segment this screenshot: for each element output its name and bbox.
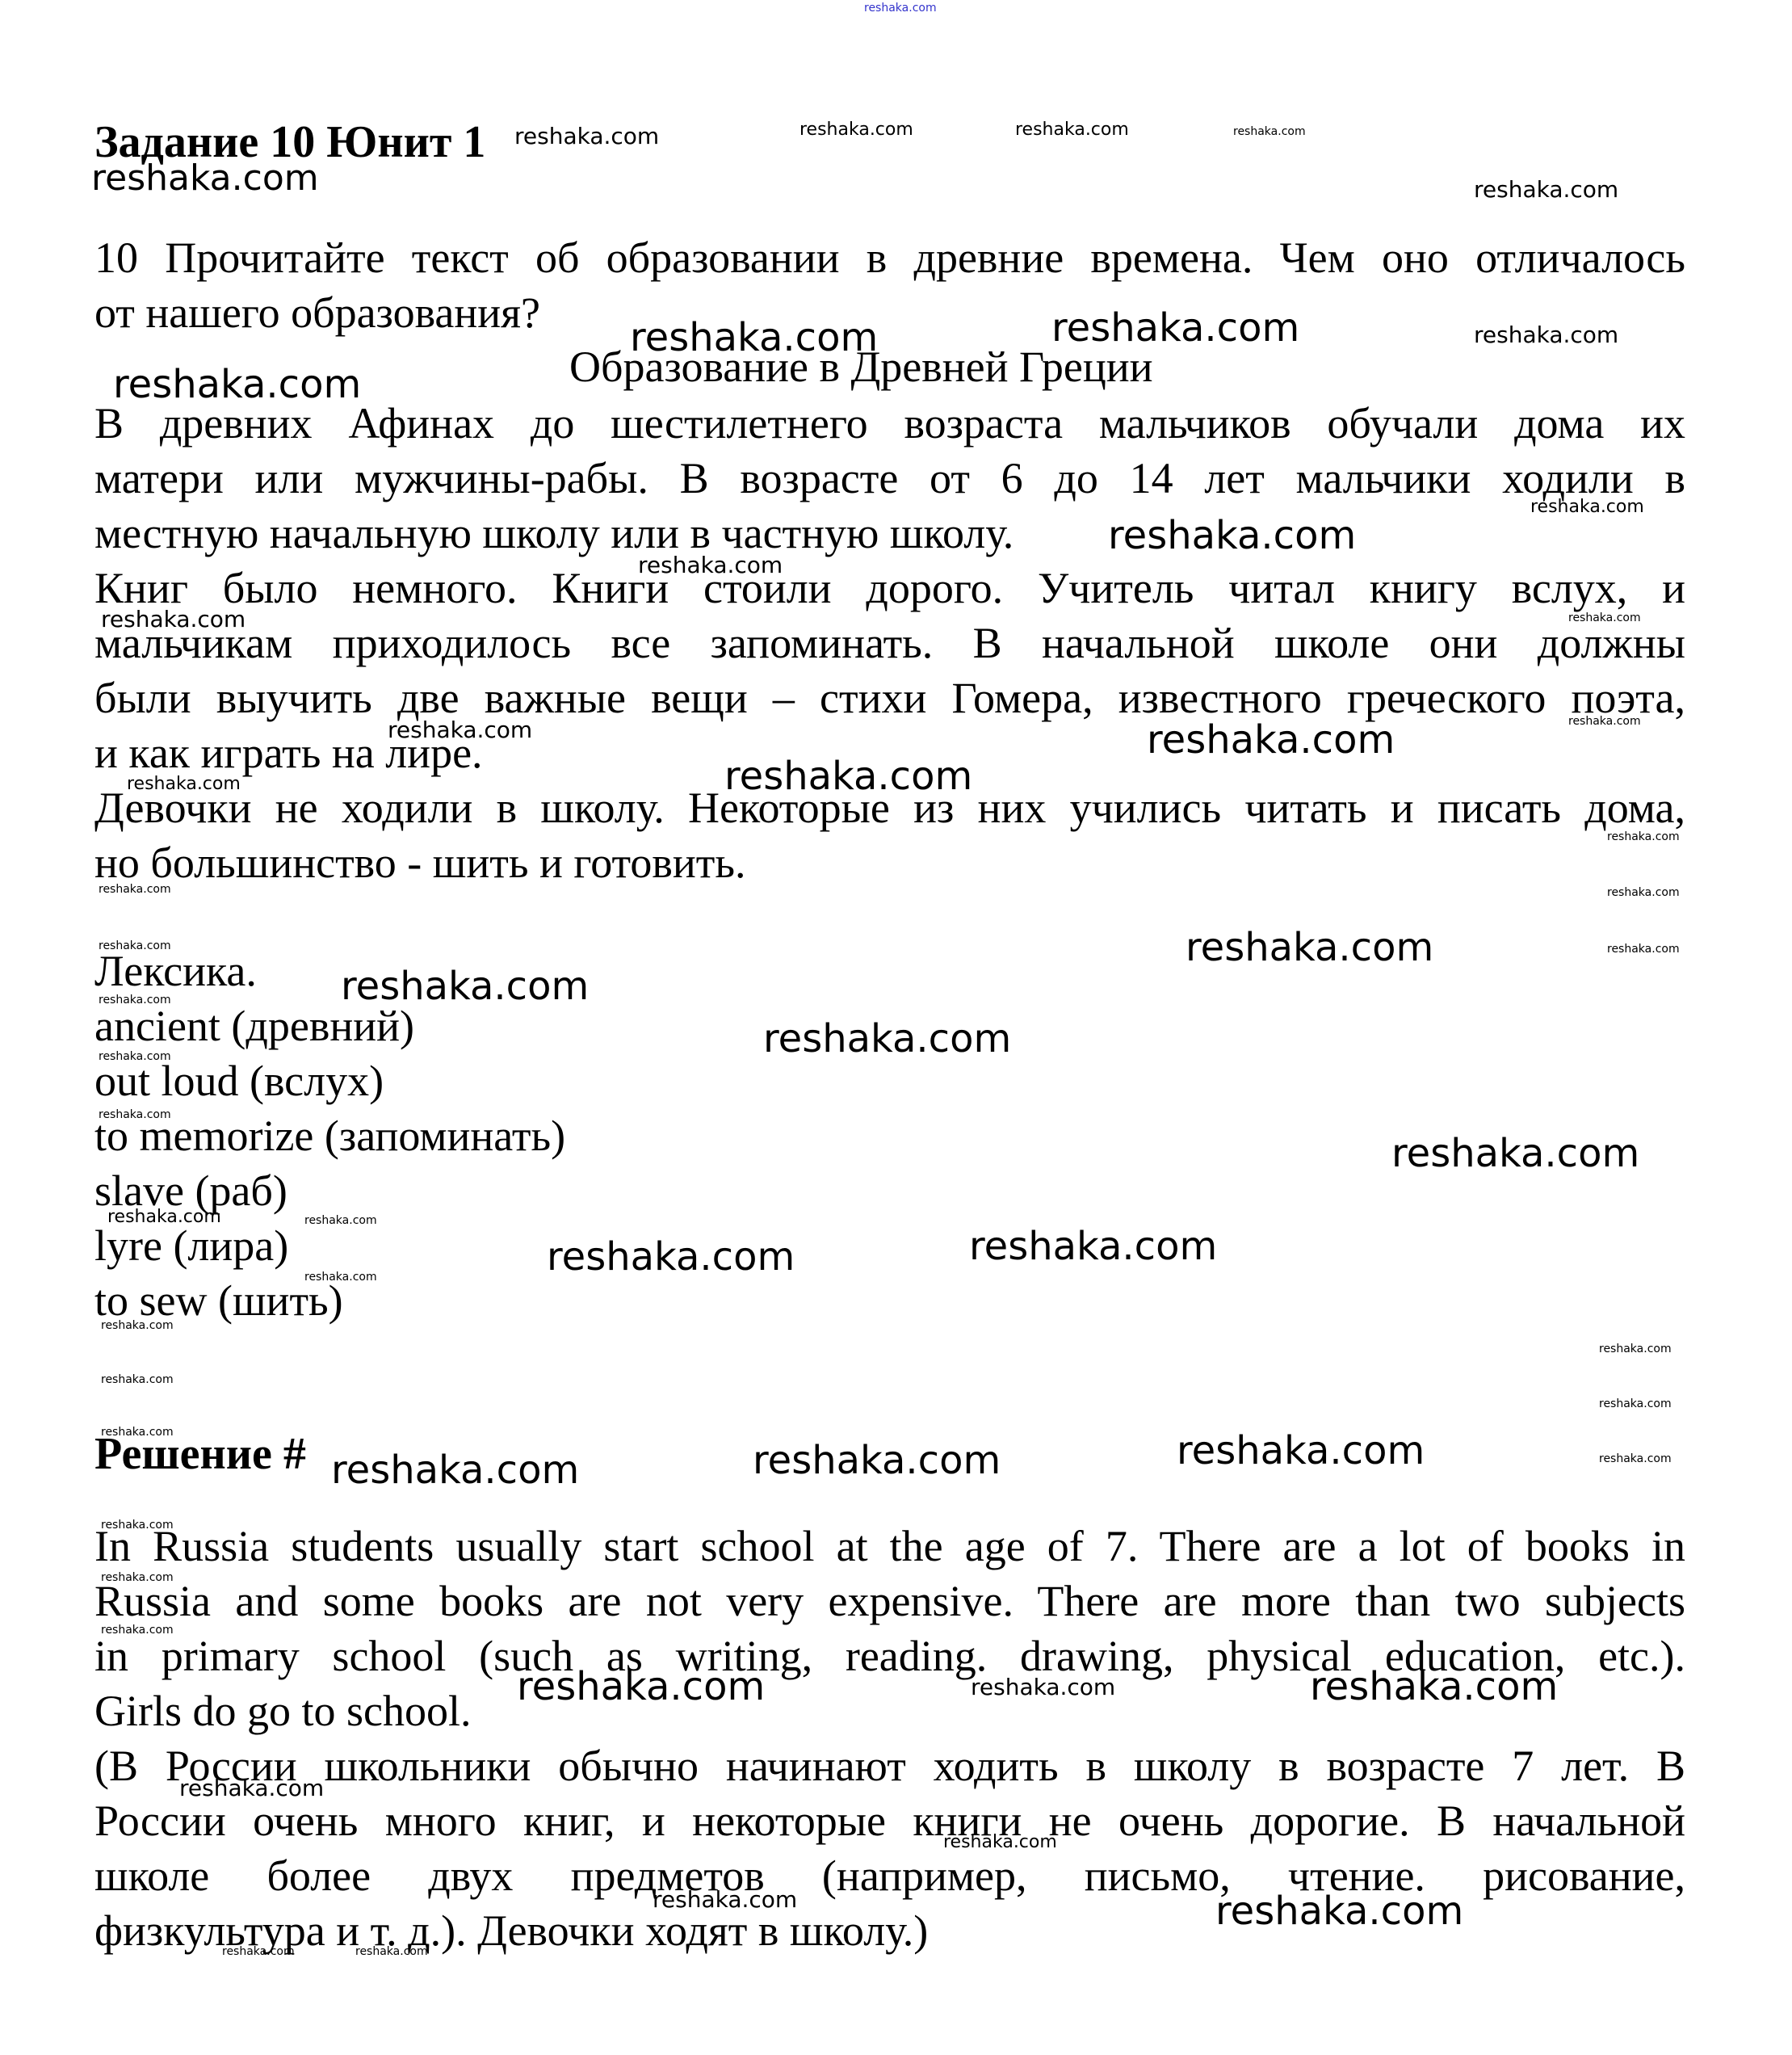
watermark: reshaka.com [99,1050,171,1063]
paragraph-line: матери или мужчины-рабы. В возрасте от 6… [94,451,1685,506]
paragraph-line: но большинство - шить и готовить. [94,835,1685,890]
site-link[interactable]: reshaka.com [864,2,937,15]
paragraph-line: местную начальную школу или в частную шк… [94,506,1685,561]
watermark: reshaka.com [1310,1664,1558,1709]
solution-line: In Russia students usually start school … [94,1519,1685,1574]
watermark: reshaka.com [1215,1889,1463,1934]
watermark: reshaka.com [969,1224,1217,1269]
watermark: reshaka.com [1177,1428,1425,1473]
watermark: reshaka.com [1015,120,1129,140]
watermark: reshaka.com [1233,125,1306,138]
watermark: reshaka.com [101,1373,174,1386]
watermark: reshaka.com [1391,1131,1639,1176]
watermark: reshaka.com [1530,497,1644,517]
watermark: reshaka.com [222,1945,295,1958]
paragraph-line: Книг было немного. Книги стоили дорого. … [94,561,1685,616]
watermark: reshaka.com [1108,513,1356,558]
watermark: reshaka.com [799,120,913,140]
watermark: reshaka.com [1599,1397,1672,1410]
paragraph-line: были выучить две важные вещи – стихи Гом… [94,670,1685,725]
watermark: reshaka.com [113,362,361,407]
watermark: reshaka.com [355,1945,428,1958]
watermark: reshaka.com [99,1108,171,1121]
watermark: reshaka.com [179,1775,324,1801]
watermark: reshaka.com [547,1234,795,1280]
solution-translation-line: России очень много книг, и некоторые кни… [94,1793,1685,1848]
watermark: reshaka.com [1607,830,1680,843]
watermark: reshaka.com [127,774,241,794]
watermark: reshaka.com [1474,321,1618,348]
watermark: reshaka.com [638,552,783,578]
watermark: reshaka.com [91,158,319,199]
watermark: reshaka.com [101,1426,174,1439]
watermark: reshaka.com [514,123,659,149]
watermark: reshaka.com [943,1832,1057,1852]
watermark: reshaka.com [1051,305,1299,351]
watermark: reshaka.com [101,1571,174,1584]
watermark: reshaka.com [388,717,532,743]
watermark: reshaka.com [1147,717,1395,763]
paragraph-line: мальчикам приходилось все запоминать. В … [94,616,1685,670]
watermark: reshaka.com [517,1664,765,1709]
watermark: reshaka.com [971,1674,1115,1700]
watermark: reshaka.com [1607,943,1680,956]
watermark: reshaka.com [630,315,878,360]
watermark: reshaka.com [1568,715,1641,728]
watermark: reshaka.com [331,1448,579,1493]
watermark: reshaka.com [1568,611,1641,624]
watermark: reshaka.com [724,754,972,799]
watermark: reshaka.com [107,1207,221,1227]
watermark: reshaka.com [1607,886,1680,899]
watermark: reshaka.com [753,1438,1001,1483]
watermark: reshaka.com [99,939,171,952]
watermark: reshaka.com [304,1271,377,1284]
solution-line: Russia and some books are not very expen… [94,1574,1685,1628]
solution-translation-line: (В России школьники обычно начинают ходи… [94,1738,1685,1793]
watermark: reshaka.com [1599,1452,1672,1465]
watermark: reshaka.com [653,1886,797,1913]
watermark: reshaka.com [101,1624,174,1637]
task-instruction-line: 10 Прочитайте текст об образовании в дре… [94,230,1685,285]
watermark: reshaka.com [1186,925,1433,970]
watermark: reshaka.com [101,1519,174,1532]
watermark: reshaka.com [1474,176,1618,203]
watermark: reshaka.com [763,1016,1011,1061]
watermark: reshaka.com [101,1319,174,1332]
watermark: reshaka.com [1599,1343,1672,1355]
watermark: reshaka.com [99,994,171,1006]
task-instruction-line: от нашего образования? [94,285,1685,340]
watermark: reshaka.com [101,606,246,632]
watermark: reshaka.com [304,1214,377,1227]
watermark: reshaka.com [341,964,589,1009]
watermark: reshaka.com [99,883,171,896]
